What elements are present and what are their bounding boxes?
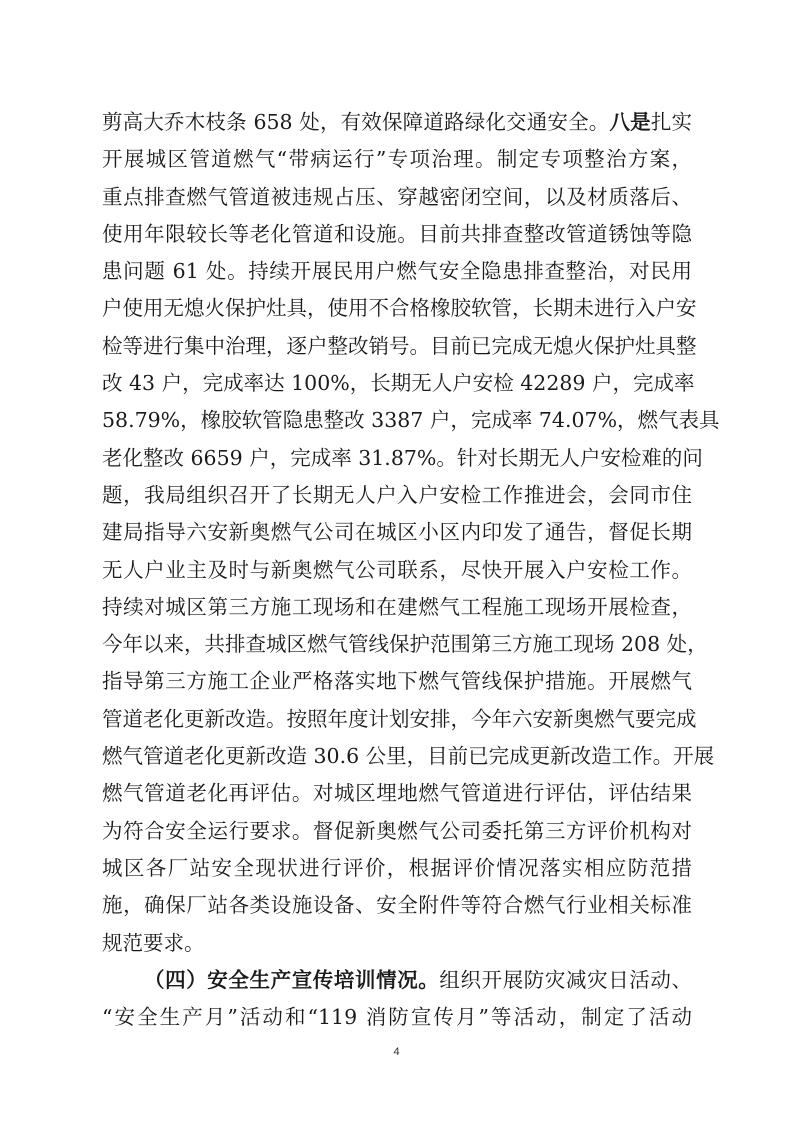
text-line-16: 指导第三方施工企业严格落实地下燃气管线保护措施。开展燃气 bbox=[102, 663, 692, 700]
emphasis-ba-shi: 八是 bbox=[609, 110, 650, 134]
text-line-18: 燃气管道老化更新改造 30.6 公里，目前已完成更新改造工作。开展 bbox=[102, 738, 692, 775]
text-line-13: 无人户业主及时与新奥燃气公司联系，尽快开展入户安检工作。 bbox=[102, 552, 692, 589]
text-line-12: 建局指导六安新奥燃气公司在城区小区内印发了通告，督促长期 bbox=[102, 514, 692, 551]
text-line-11: 题，我局组织召开了长期无人户入户安检工作推进会，会同市住 bbox=[102, 477, 692, 514]
text-line-19: 燃气管道老化再评估。对城区埋地燃气管道进行评估，评估结果 bbox=[102, 775, 692, 812]
text-line-22: 施，确保厂站各类设施设备、安全附件等符合燃气行业相关标准 bbox=[102, 887, 692, 924]
text-line-21: 城区各厂站安全现状进行评价，根据评价情况落实相应防范措 bbox=[102, 850, 692, 887]
text-line-6: 户使用无熄火保护灶具，使用不合格橡胶软管，长期未进行入户安 bbox=[102, 290, 692, 327]
section-heading: （四）安全生产宣传培训情况。 bbox=[144, 968, 439, 992]
text-line-5: 患问题 61 处。持续开展民用户燃气安全隐患排查整治，对民用 bbox=[102, 253, 692, 290]
document-page: 剪高大乔木枝条 658 处，有效保障道路绿化交通安全。八是扎实 开展城区管道燃气… bbox=[0, 0, 793, 1122]
page-number: 4 bbox=[0, 1046, 793, 1058]
text-line-8: 改 43 户，完成率达 100%，长期无人户安检 42289 户，完成率 bbox=[102, 365, 692, 402]
document-body: 剪高大乔木枝条 658 处，有效保障道路绿化交通安全。八是扎实 开展城区管道燃气… bbox=[102, 104, 692, 1036]
text-line-20: 为符合安全运行要求。督促新奥燃气公司委托第三方评价机构对 bbox=[102, 813, 692, 850]
text-line-15: 今年以来，共排查城区燃气管线保护范围第三方施工现场 208 处， bbox=[102, 626, 692, 663]
text-run: 扎实 bbox=[651, 110, 692, 134]
text-run: 剪高大乔木枝条 658 处，有效保障道路绿化交通安全。 bbox=[102, 110, 609, 134]
text-run: 组织开展防灾减灾日活动、 bbox=[439, 968, 692, 992]
section-heading-line: （四）安全生产宣传培训情况。组织开展防灾减灾日活动、 bbox=[102, 962, 692, 999]
text-line-14: 持续对城区第三方施工现场和在建燃气工程施工现场开展检查， bbox=[102, 589, 692, 626]
text-line-17: 管道老化更新改造。按照年度计划安排，今年六安新奥燃气要完成 bbox=[102, 701, 692, 738]
text-line-2: 开展城区管道燃气“带病运行”专项治理。制定专项整治方案， bbox=[102, 141, 692, 178]
text-line-4: 使用年限较长等老化管道和设施。目前共排查整改管道锈蚀等隐 bbox=[102, 216, 692, 253]
text-line-25: “安全生产月”活动和“119 消防宣传月”等活动，制定了活动 bbox=[102, 999, 692, 1036]
text-line-9: 58.79%，橡胶软管隐患整改 3387 户，完成率 74.07%，燃气表具 bbox=[102, 402, 692, 439]
text-line-3: 重点排查燃气管道被违规占压、穿越密闭空间，以及材质落后、 bbox=[102, 179, 692, 216]
text-line-7: 检等进行集中治理，逐户整改销号。目前已完成无熄火保护灶具整 bbox=[102, 328, 692, 365]
text-line-23: 规范要求。 bbox=[102, 925, 692, 962]
text-line-10: 老化整改 6659 户，完成率 31.87%。针对长期无人户安检难的问 bbox=[102, 440, 692, 477]
text-line-1: 剪高大乔木枝条 658 处，有效保障道路绿化交通安全。八是扎实 bbox=[102, 104, 692, 141]
